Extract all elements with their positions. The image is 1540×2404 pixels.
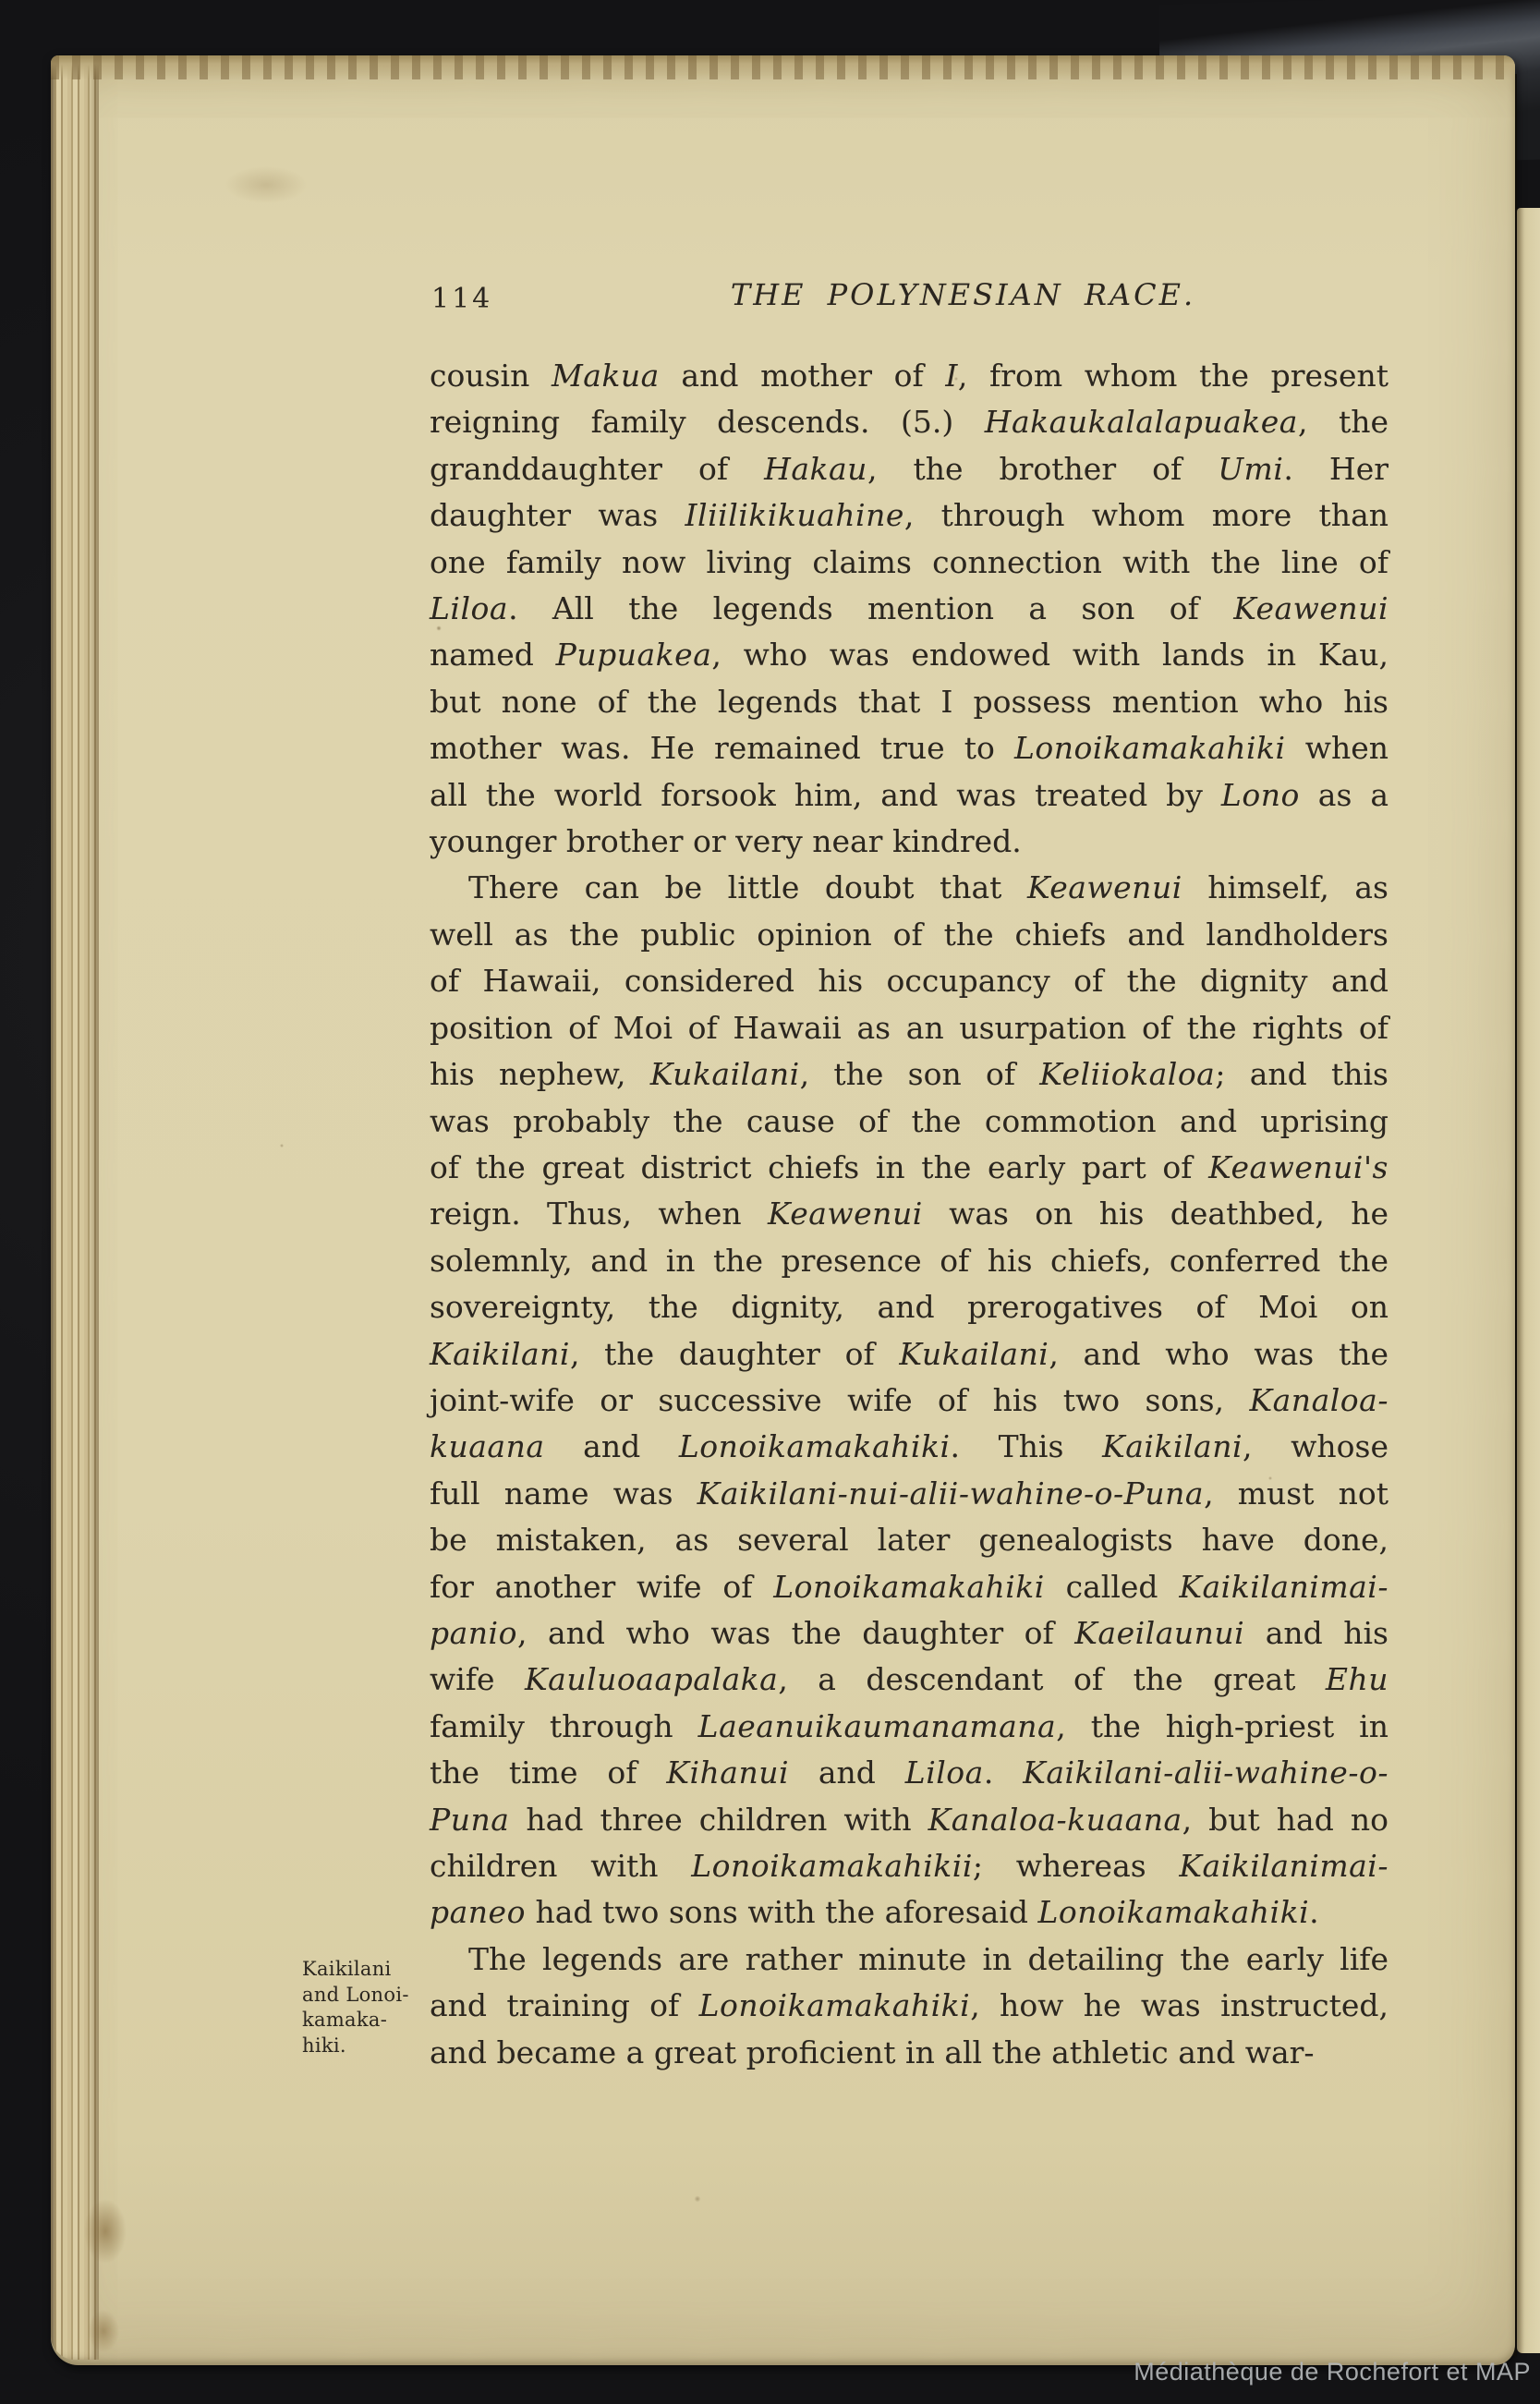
text-line: Puna had three children with Kanaloa-kua… — [430, 1797, 1388, 1843]
text-line: paneo had two sons with the aforesaid Lo… — [430, 1889, 1388, 1936]
text-line: children with Lonoikamakahikii; whereas … — [430, 1843, 1388, 1889]
text-line: position of Moi of Hawaii as an usurpati… — [430, 1005, 1388, 1051]
text-line: full name was Kaikilani-nui-alii-wahine-… — [430, 1471, 1388, 1517]
text-line: all the world forsook him, and was treat… — [430, 772, 1388, 819]
text-line: his nephew, Kukailani, the son of Keliio… — [430, 1051, 1388, 1098]
text-line: cousin Makua and mother of I, from whom … — [430, 353, 1388, 399]
text-line: one family now living claims connection … — [430, 540, 1388, 586]
stain — [84, 2199, 127, 2264]
margin-note-line: and Lonoi- — [302, 1983, 433, 2009]
text-line: was probably the cause of the commotion … — [430, 1099, 1388, 1145]
margin-note-line: kamaka- — [302, 2008, 433, 2034]
text-line: of the great district chiefs in the earl… — [430, 1145, 1388, 1191]
running-title: THE POLYNESIAN RACE. — [624, 277, 1195, 312]
margin-note: Kaikilaniand Lonoi-kamaka-hiki. — [302, 1957, 433, 2058]
text-line: solemnly, and in the presence of his chi… — [430, 1238, 1388, 1284]
text-line: kuaana and Lonoikamakahiki. This Kaikila… — [430, 1424, 1388, 1470]
text-line: of Hawaii, considered his occupancy of t… — [430, 958, 1388, 1004]
margin-note-line: Kaikilani — [302, 1957, 433, 1983]
text-line: Kaikilani, the daughter of Kukailani, an… — [430, 1331, 1388, 1378]
text-line: family through Laeanuikaumanamana, the h… — [430, 1704, 1388, 1750]
text-line: but none of the legends that I possess m… — [430, 679, 1388, 725]
stain — [88, 2310, 119, 2352]
text-line: The legends are rather minute in detaili… — [430, 1937, 1388, 1983]
text-line: be mistaken, as several later genealogis… — [430, 1517, 1388, 1563]
page-top-deckle-edge — [51, 55, 1515, 79]
text-line: There can be little doubt that Keawenui … — [430, 865, 1388, 911]
text-line: daughter was Iliilikikuahine, through wh… — [430, 492, 1388, 539]
page-stack-edges — [51, 57, 99, 2360]
text-line: and became a great proficient in all the… — [430, 2030, 1388, 2076]
page-header: 114 THE POLYNESIAN RACE. — [430, 277, 1390, 320]
text-line: reigning family descends. (5.) Hakaukala… — [430, 399, 1388, 445]
text-line: reign. Thus, when Keawenui was on his de… — [430, 1191, 1388, 1237]
text-line: younger brother or very near kindred. — [430, 819, 1388, 865]
facing-page-edge — [1517, 208, 1540, 2353]
text-line: Liloa. All the legends mention a son of … — [430, 586, 1388, 632]
book-page: 114 THE POLYNESIAN RACE. cousin Makua an… — [51, 55, 1515, 2365]
text-line: panio, and who was the daughter of Kaeil… — [430, 1610, 1388, 1657]
margin-note-line: hiki. — [302, 2034, 433, 2059]
text-line: named Pupuakea, who was endowed with lan… — [430, 632, 1388, 678]
text-line: joint-wife or successive wife of his two… — [430, 1378, 1388, 1424]
text-line: the time of Kihanui and Liloa. Kaikilani… — [430, 1750, 1388, 1796]
text-line: sovereignty, the dignity, and prerogativ… — [430, 1284, 1388, 1330]
text-line: and training of Lonoikamakahiki, how he … — [430, 1983, 1388, 2029]
text-line: granddaughter of Hakau, the brother of U… — [430, 446, 1388, 492]
text-line: wife Kauluoaapalaka, a descendant of the… — [430, 1657, 1388, 1703]
text-line: for another wife of Lonoikamakahiki call… — [430, 1564, 1388, 1610]
library-watermark: Médiathèque de Rochefort et MAP — [1134, 2358, 1531, 2386]
body-text: cousin Makua and mother of I, from whom … — [430, 353, 1388, 2076]
stain — [224, 166, 308, 203]
scanned-book-photo: 114 THE POLYNESIAN RACE. cousin Makua an… — [0, 0, 1540, 2404]
text-line: mother was. He remained true to Lonoikam… — [430, 725, 1388, 771]
text-line: well as the public opinion of the chiefs… — [430, 912, 1388, 958]
page-number: 114 — [431, 283, 492, 315]
